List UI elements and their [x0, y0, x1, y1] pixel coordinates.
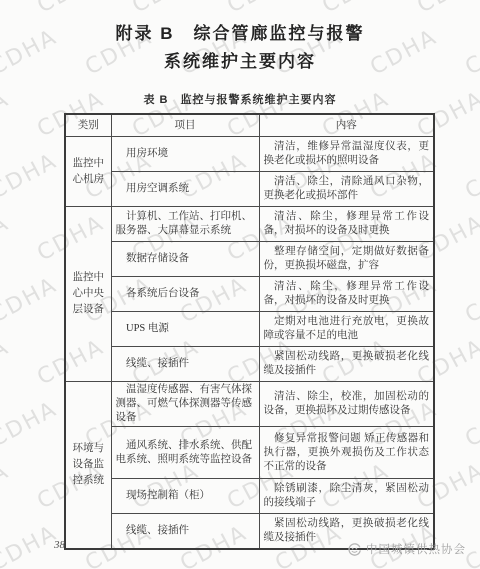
content-cell: 定期对电池进行充放电，更换故障或容量不足的电池 — [259, 312, 434, 347]
header-category: 类别 — [65, 114, 111, 137]
item-cell: 通风系统、排水系统、供配电系统、照明系统等监控设备 — [111, 427, 259, 479]
maintenance-table: 类别 项目 内容 监控中心机房 用房环境 清洁，维修异常温湿度仪表，更换老化或损… — [64, 113, 435, 550]
item-cell: UPS 电源 — [111, 312, 259, 347]
table-row: UPS 电源 定期对电池进行充放电，更换故障或容量不足的电池 — [65, 312, 434, 347]
footer-brand: 中国城镇供热协会 — [347, 541, 466, 557]
table-row: 监控中心中央层设备 计算机、工作站、打印机、服务器、大屏幕显示系统 清洁、除尘，… — [65, 207, 434, 242]
item-cell: 用房空调系统 — [111, 172, 259, 207]
content-cell: 清洁、除尘，校准，加固松动的设备，更换损坏及过期传感设备 — [259, 382, 434, 427]
item-cell: 现场控制箱（柜） — [111, 479, 259, 514]
content-cell: 修复异常报警问题 矫正传感器和执行器，更换外观损伤及工作状态不正常的设备 — [259, 427, 434, 479]
category-cell: 环境与设备监控系统 — [65, 382, 111, 549]
item-cell: 线缆、接插件 — [111, 347, 259, 382]
page-number: 38 — [54, 539, 65, 551]
content-cell: 整理存储空间，定期做好数据备份，更换损坏磁盘，扩容 — [259, 242, 434, 277]
item-cell: 线缆、接插件 — [111, 514, 259, 549]
table-caption: 表 B 监控与报警系统维护主要内容 — [0, 91, 480, 107]
table-row: 数据存储设备 整理存储空间，定期做好数据备份，更换损坏磁盘，扩容 — [65, 242, 434, 277]
category-cell: 监控中心中央层设备 — [65, 207, 111, 382]
table-header-row: 类别 项目 内容 — [65, 114, 434, 137]
table-row: 线缆、接插件 紧固松动线路，更换破损老化线缆及接插件 — [65, 347, 434, 382]
category-cell: 监控中心机房 — [65, 137, 111, 207]
content-cell: 除锈刷漆，除尘清灰，紧固松动的接线端子 — [259, 479, 434, 514]
appendix-title-line2: 系统维护主要内容 — [0, 48, 480, 76]
table-row: 现场控制箱（柜） 除锈刷漆，除尘清灰，紧固松动的接线端子 — [65, 479, 434, 514]
appendix-title-line1: 附录 B 综合管廊监控与报警 — [0, 20, 480, 48]
appendix-title: 附录 B 综合管廊监控与报警 系统维护主要内容 — [0, 20, 480, 76]
content-cell: 清洁、除尘，修理异常工作设备，对损坏的设备及时更换 — [259, 277, 434, 312]
table-row: 用房空调系统 清洁、除尘，清除通风口杂物，更换老化或损坏部件 — [65, 172, 434, 207]
table-row: 各系统后台设备 清洁、除尘，修理异常工作设备，对损坏的设备及时更换 — [65, 277, 434, 312]
page-content: 附录 B 综合管廊监控与报警 系统维护主要内容 表 B 监控与报警系统维护主要内… — [0, 0, 480, 569]
table-row: 环境与设备监控系统 温湿度传感器、有害气体探测器、可燃气体探测器等传感设备 清洁… — [65, 382, 434, 427]
item-cell: 数据存储设备 — [111, 242, 259, 277]
content-cell: 紧固松动线路，更换破损老化线缆及接插件 — [259, 347, 434, 382]
content-cell: 清洁、除尘，修理异常工作设备，对损坏的设备及时更换 — [259, 207, 434, 242]
item-cell: 用房环境 — [111, 137, 259, 172]
content-cell: 清洁、除尘，清除通风口杂物，更换老化或损坏部件 — [259, 172, 434, 207]
document-page: CDHACDHACDHACDHACDHACDHACDHACDHACDHACDHA… — [0, 0, 480, 569]
content-cell: 清洁，维修异常温湿度仪表，更换老化或损坏的照明设备 — [259, 137, 434, 172]
footer-org-name: 中国城镇供热协会 — [366, 541, 466, 557]
cdha-logo-icon — [347, 542, 362, 557]
header-item: 项目 — [111, 114, 259, 137]
table-row: 通风系统、排水系统、供配电系统、照明系统等监控设备 修复异常报警问题 矫正传感器… — [65, 427, 434, 479]
header-content: 内容 — [259, 114, 434, 137]
item-cell: 计算机、工作站、打印机、服务器、大屏幕显示系统 — [111, 207, 259, 242]
item-cell: 各系统后台设备 — [111, 277, 259, 312]
table-row: 监控中心机房 用房环境 清洁，维修异常温湿度仪表，更换老化或损坏的照明设备 — [65, 137, 434, 172]
item-cell: 温湿度传感器、有害气体探测器、可燃气体探测器等传感设备 — [111, 382, 259, 427]
